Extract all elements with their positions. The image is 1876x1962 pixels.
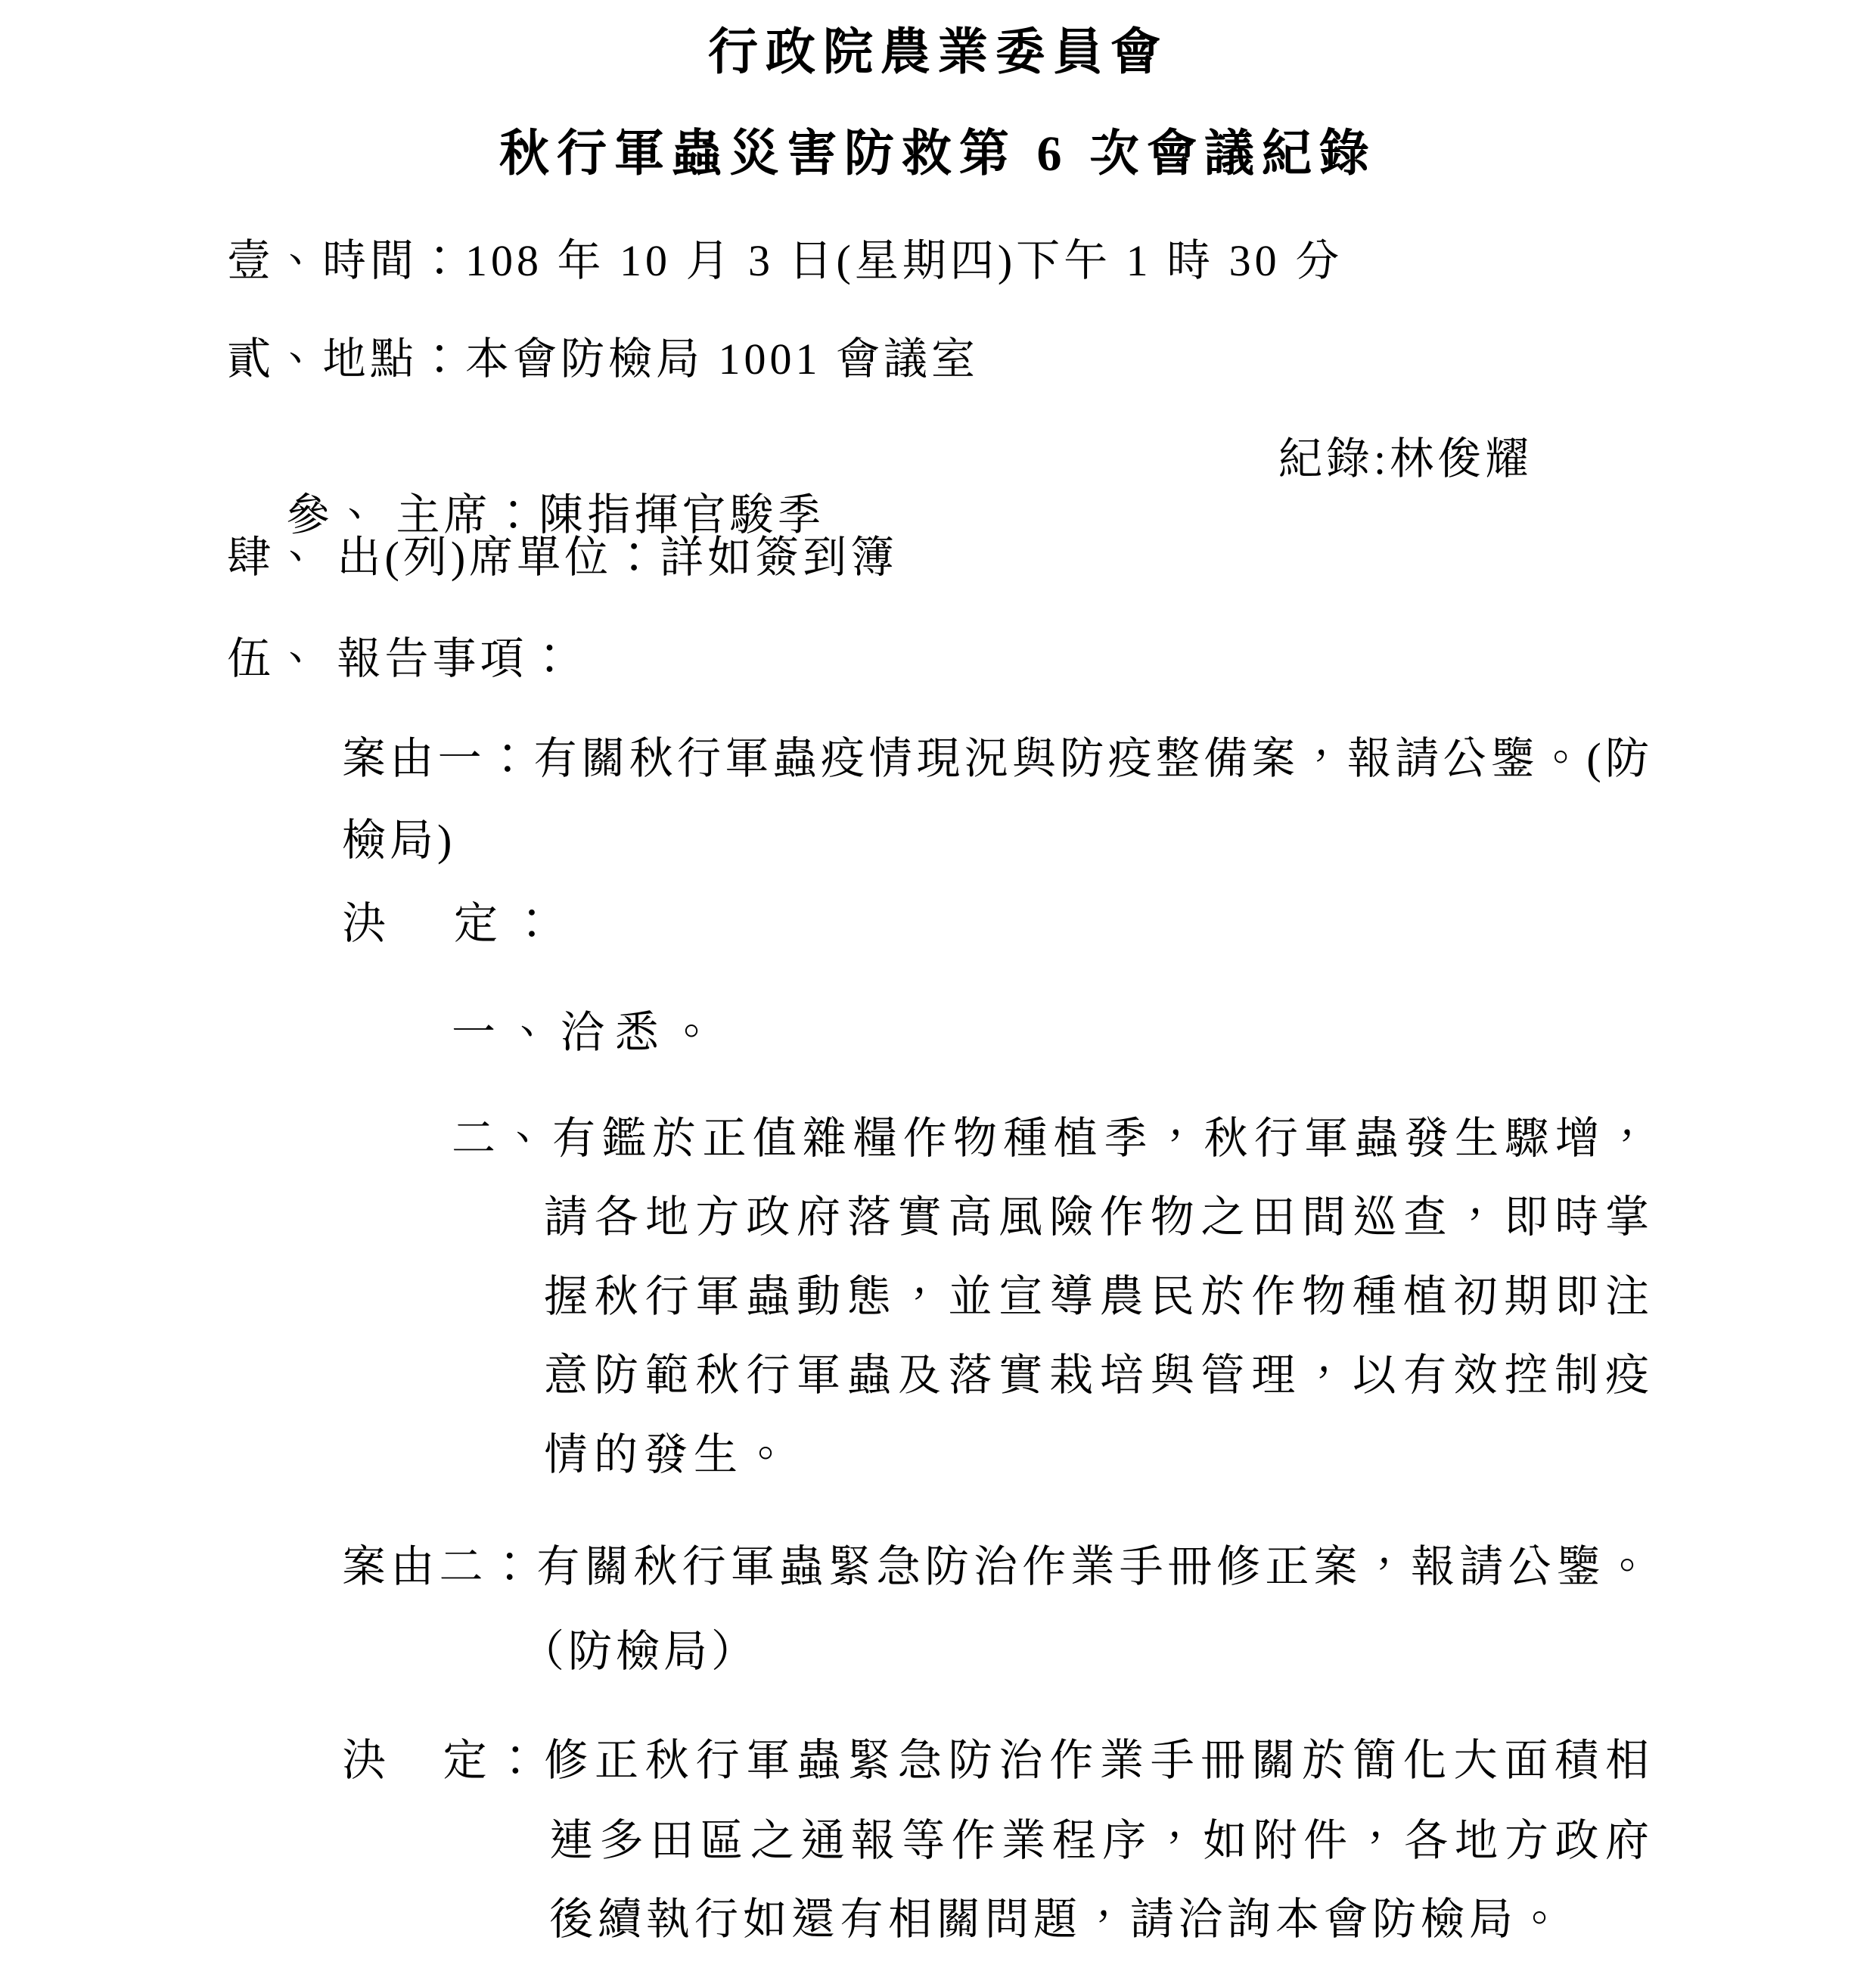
meeting-minutes-page: 行政院農業委員會 秋行軍蟲災害防救第 6 次會議紀錄 壹、時間：108 年 10… <box>0 0 1876 1962</box>
case1-decision-item2-line5: 情的發生。 <box>544 1427 794 1483</box>
meta-attendees-line: 肆、 出(列)席單位：詳如簽到簿 <box>227 530 898 586</box>
case2-decision-line2: 連多田區之通報等作業程序，如附件，各地方政府 <box>549 1813 1649 1869</box>
case1-decision-item2-line2: 請各地方政府落實高風險作物之田間巡查，即時掌 <box>544 1189 1649 1245</box>
meta-location-line: 貳、地點：本會防檢局 1001 會議室 <box>227 331 979 387</box>
case2-subject-line1: 案由二：有關秋行軍蟲緊急防治作業手冊修正案，報請公鑒。 <box>342 1539 1649 1595</box>
case1-decision-item1: 一、洽悉。 <box>452 1005 724 1061</box>
recorder-text: 紀錄:林俊耀 <box>1278 431 1533 487</box>
case1-decision-item2-line3: 握秋行軍蟲動態，並宣導農民於作物種植初期即注 <box>544 1269 1649 1325</box>
case1-decision-label: 決 定： <box>342 896 566 952</box>
case1-subject-line1: 案由一：有關秋行軍蟲疫情現況與防疫整備案，報請公鑒。(防 <box>342 731 1649 787</box>
case1-decision-item2-line1: 二、有鑑於正值雜糧作物種植季，秋行軍蟲發生驟增， <box>452 1111 1649 1167</box>
case2-decision-line3: 後續執行如還有相關問題，請洽詢本會防檢局。 <box>549 1892 1566 1948</box>
case1-subject-line2: 檢局) <box>342 813 455 869</box>
document-title: 行政院農業委員會 <box>0 21 1876 85</box>
case2-subject-line2: （防檢局） <box>520 1624 759 1680</box>
report-items-heading: 伍、 報告事項： <box>227 631 576 687</box>
document-subtitle: 秋行軍蟲災害防救第 6 次會議紀錄 <box>0 123 1876 186</box>
case2-decision-line1: 決 定：修正秋行軍蟲緊急防治作業手冊關於簡化大面積相 <box>342 1733 1649 1789</box>
case1-decision-item2-line4: 意防範秋行軍蟲及落實栽培與管理，以有效控制疫 <box>544 1348 1649 1404</box>
meta-time-line: 壹、時間：108 年 10 月 3 日(星期四)下午 1 時 30 分 <box>227 233 1343 289</box>
